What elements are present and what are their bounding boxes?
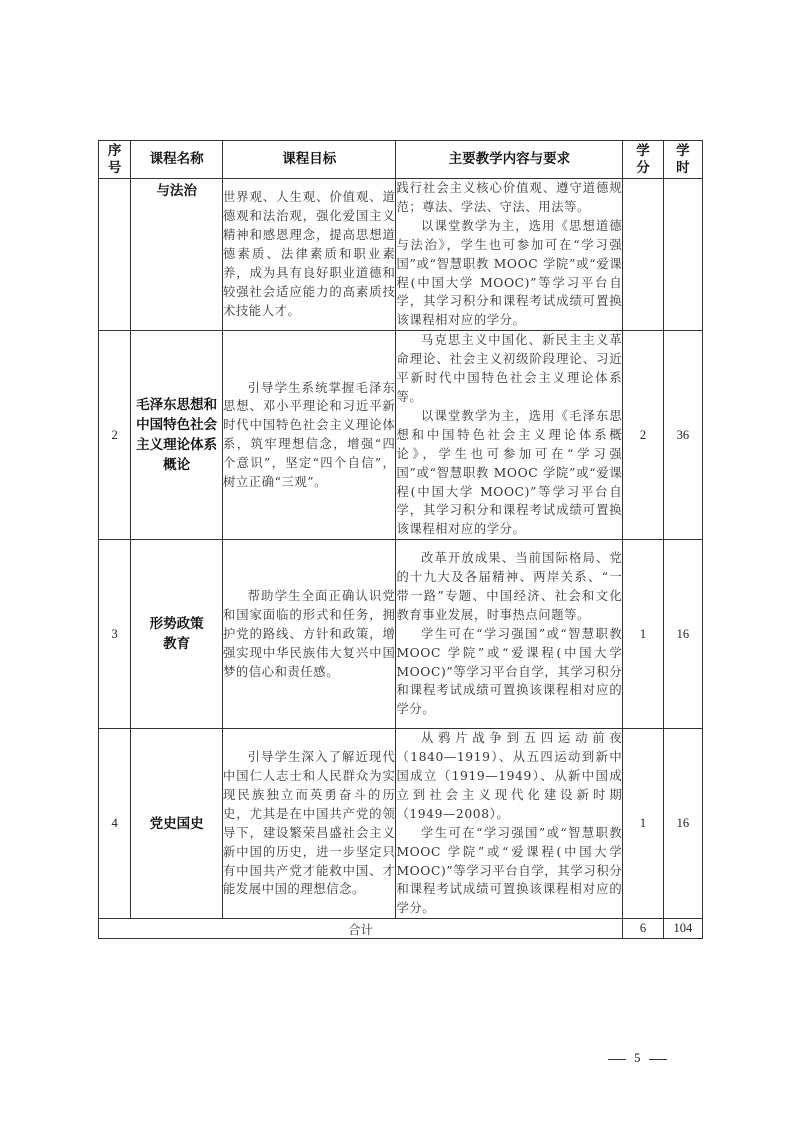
row-course-goal: 引导学生系统掌握毛泽东思想、邓小平理论和习近平新时代中国特色社会主义理论体系，筑… [223, 331, 396, 540]
row-course-name: 党史国史 [131, 729, 223, 919]
row-content: 践行社会主义核心价值观、遵守道德规范；尊法、学法、守法、用法等。 以课堂教学为主… [396, 179, 623, 331]
content-paragraph: 以课堂教学为主，选用《思想道德与法治》，学生也可参加可在“学习强国”或“智慧职教… [396, 217, 622, 330]
content-paragraph: 以课堂教学为主，选用《毛泽东思想和中国特色社会主义理论体系概论》，学生也可参加可… [396, 407, 622, 539]
course-table: 序号 课程名称 课程目标 主要教学内容与要求 学分 学时 与法治 世界观、人生观… [98, 140, 703, 939]
header-course-goal: 课程目标 [223, 141, 396, 179]
row-content: 改革开放成果、当前国际格局、党的十九大及各届精神、两岸关系、“一带一路”专题、中… [396, 540, 623, 729]
row-seq: 3 [99, 540, 131, 729]
header-seq: 序号 [99, 141, 131, 179]
row-seq: 2 [99, 331, 131, 540]
row-hours: 36 [663, 331, 702, 540]
goal-paragraph: 引导学生系统掌握毛泽东思想、邓小平理论和习近平新时代中国特色社会主义理论体系，筑… [223, 379, 395, 492]
content-paragraph: 学生可在“学习强国”或“智慧职教 MOOC 学院”或“爱课程(中国大学 MOOC… [396, 625, 622, 720]
dash-right [649, 1059, 667, 1060]
row-seq [99, 179, 131, 331]
header-course-name: 课程名称 [131, 141, 223, 179]
row-course-goal: 引导学生深入了解近现代中国仁人志士和人民群众为实现民族独立而英勇奋斗的历史，尤其… [223, 729, 396, 919]
row-credit: 1 [623, 540, 663, 729]
table-row: 3 形势政策教育 帮助学生全面正确认识党和国家面临的形式和任务，拥护党的路线、方… [99, 540, 703, 729]
header-hours: 学时 [663, 141, 702, 179]
table-row: 2 毛泽东思想和中国特色社会主义理论体系概论 引导学生系统掌握毛泽东思想、邓小平… [99, 331, 703, 540]
table-row: 与法治 世界观、人生观、价值观、道德观和法治观，强化爱国主义精神和感恩理念，提高… [99, 179, 703, 331]
row-course-goal: 帮助学生全面正确认识党和国家面临的形式和任务，拥护党的路线、方针和政策，增强实现… [223, 540, 396, 729]
header-credit: 学分 [623, 141, 663, 179]
table-header-row: 序号 课程名称 课程目标 主要教学内容与要求 学分 学时 [99, 141, 703, 179]
table-row: 4 党史国史 引导学生深入了解近现代中国仁人志士和人民群众为实现民族独立而英勇奋… [99, 729, 703, 919]
total-label: 合计 [99, 919, 623, 939]
content-paragraph: 学生可在“学习强国”或“智慧职教 MOOC 学院”或“爱课程(中国大学 MOOC… [396, 824, 622, 919]
goal-paragraph: 帮助学生全面正确认识党和国家面临的形式和任务，拥护党的路线、方针和政策，增强实现… [223, 587, 395, 682]
row-course-goal: 世界观、人生观、价值观、道德观和法治观，强化爱国主义精神和感恩理念，提高思想道德… [223, 179, 396, 331]
total-hours: 104 [663, 919, 702, 939]
content-paragraph: 马克思主义中国化、新民主主义革命理论、社会主义初级阶段理论、习近平新时代中国特色… [396, 331, 622, 407]
row-credit: 2 [623, 331, 663, 540]
content-paragraph: 改革开放成果、当前国际格局、党的十九大及各届精神、两岸关系、“一带一路”专题、中… [396, 549, 622, 625]
row-hours [663, 179, 702, 331]
total-row: 合计 6 104 [99, 919, 703, 939]
content-paragraph: 践行社会主义核心价值观、遵守道德规范；尊法、学法、守法、用法等。 [396, 179, 622, 217]
total-credit: 6 [623, 919, 663, 939]
row-content: 从鸦片战争到五四运动前夜（1840—1919）、从五四运动到新中国成立（1919… [396, 729, 623, 919]
header-content: 主要教学内容与要求 [396, 141, 623, 179]
row-content: 马克思主义中国化、新民主主义革命理论、社会主义初级阶段理论、习近平新时代中国特色… [396, 331, 623, 540]
row-hours: 16 [663, 540, 702, 729]
row-credit [623, 179, 663, 331]
page-number-value: 5 [634, 1050, 641, 1065]
content-paragraph: 从鸦片战争到五四运动前夜（1840—1919）、从五四运动到新中国成立（1919… [396, 729, 622, 824]
row-course-name: 形势政策教育 [131, 540, 223, 729]
page-number: 5 [600, 1050, 675, 1066]
row-hours: 16 [663, 729, 702, 919]
row-credit: 1 [623, 729, 663, 919]
row-seq: 4 [99, 729, 131, 919]
dash-left [608, 1059, 626, 1060]
goal-paragraph: 引导学生深入了解近现代中国仁人志士和人民群众为实现民族独立而英勇奋斗的历史，尤其… [223, 748, 395, 899]
row-course-name: 与法治 [131, 179, 223, 331]
row-course-name: 毛泽东思想和中国特色社会主义理论体系概论 [131, 331, 223, 540]
